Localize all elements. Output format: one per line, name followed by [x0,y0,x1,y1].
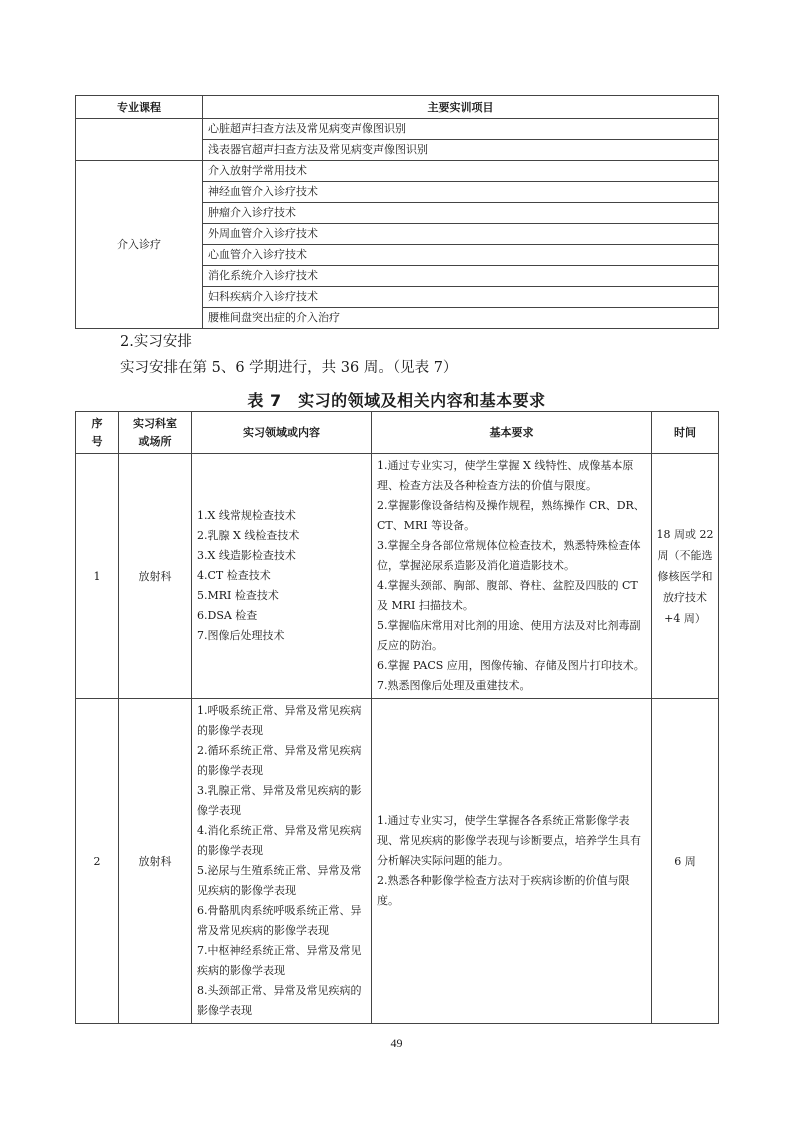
row-time: 6 周 [652,699,719,1024]
project-cell: 消化系统介入诊疗技术 [203,266,719,287]
course-cell [76,119,203,161]
section-body: 实习安排在第 5、6 学期进行，共 36 周。（见表 7） [120,356,457,377]
header-course: 专业课程 [76,96,203,119]
project-cell: 心血管介入诊疗技术 [203,245,719,266]
project-cell: 肿瘤介入诊疗技术 [203,203,719,224]
header-dept: 实习科室 或场所 [119,412,192,454]
course-cell: 介入诊疗 [76,161,203,329]
table-row: 2 放射科 1.呼吸系统正常、异常及常见疾病的影像学表现 2.循环系统正常、异常… [76,699,719,1024]
row-requirements: 1.通过专业实习，使学生掌握 X 线特性、成像基本原理、检查方法及各种检查方法的… [372,454,652,699]
table-header-row: 专业课程 主要实训项目 [76,96,719,119]
section-heading: 2.实习安排 [120,330,192,351]
table-row: 1 放射科 1.X 线常规检查技术 2.乳腺 X 线检查技术 3.X 线造影检查… [76,454,719,699]
project-cell: 妇科疾病介入诊疗技术 [203,287,719,308]
row-requirements: 1.通过专业实习，使学生掌握各各系统正常影像学表现、常见疾病的影像学表现与诊断要… [372,699,652,1024]
project-cell: 外周血管介入诊疗技术 [203,224,719,245]
page-number: 49 [0,1036,793,1051]
row-dept: 放射科 [119,454,192,699]
row-time: 18 周或 22 周（不能选修核医学和放疗技术+4 周） [652,454,719,699]
table-header-row: 序 号 实习科室 或场所 实习领域或内容 基本要求 时间 [76,412,719,454]
header-requirements: 基本要求 [372,412,652,454]
project-cell: 浅表器官超声扫查方法及常见病变声像图识别 [203,140,719,161]
table-row: 心脏超声扫查方法及常见病变声像图识别 [76,119,719,140]
project-cell: 神经血管介入诊疗技术 [203,182,719,203]
header-content: 实习领域或内容 [192,412,372,454]
row-content: 1.X 线常规检查技术 2.乳腺 X 线检查技术 3.X 线造影检查技术 4.C… [192,454,372,699]
project-cell: 腰椎间盘突出症的介入治疗 [203,308,719,329]
row-dept: 放射科 [119,699,192,1024]
row-number: 1 [76,454,119,699]
table-caption: 表 7 实习的领域及相关内容和基本要求 [0,388,793,411]
header-no: 序 号 [76,412,119,454]
training-projects-table: 专业课程 主要实训项目 心脏超声扫查方法及常见病变声像图识别 浅表器官超声扫查方… [75,95,719,329]
internship-table: 序 号 实习科室 或场所 实习领域或内容 基本要求 时间 1 放射科 1.X 线… [75,411,719,1024]
project-cell: 介入放射学常用技术 [203,161,719,182]
table-row: 介入诊疗 介入放射学常用技术 [76,161,719,182]
row-content: 1.呼吸系统正常、异常及常见疾病的影像学表现 2.循环系统正常、异常及常见疾病的… [192,699,372,1024]
row-number: 2 [76,699,119,1024]
header-projects: 主要实训项目 [203,96,719,119]
header-time: 时间 [652,412,719,454]
project-cell: 心脏超声扫查方法及常见病变声像图识别 [203,119,719,140]
